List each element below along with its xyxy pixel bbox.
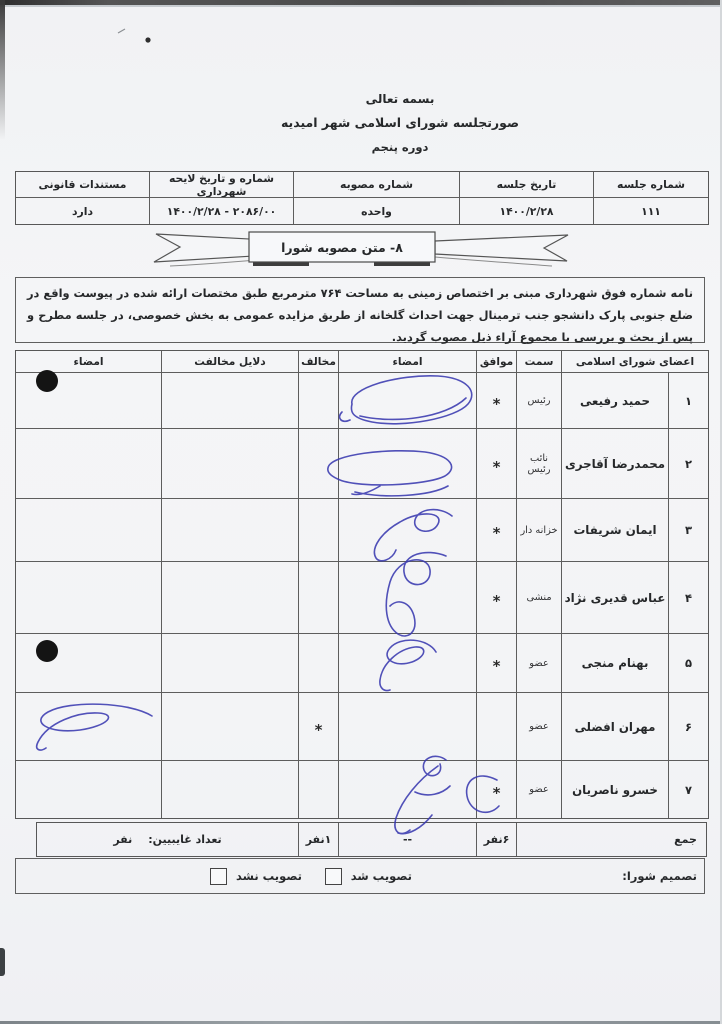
col-header-oppose-reasons: دلایل مخالفت (161, 351, 298, 373)
signature-cell (338, 562, 476, 634)
info-value-session-number: ۱۱۱ (593, 198, 708, 224)
info-value-legal-docs: دارد (16, 198, 149, 224)
row-number: ۷ (668, 761, 708, 818)
col-header-signature-left: امضاء (16, 351, 161, 373)
signature-left-cell (16, 429, 161, 499)
col-header-position: سمت (516, 351, 561, 373)
row-number: ۲ (668, 429, 708, 499)
oppose-reason-cell (161, 693, 298, 761)
scanned-page: بسمه تعالی صورتجلسه شورای اسلامی شهر امی… (0, 0, 722, 1024)
oppose-mark: * (298, 693, 338, 761)
info-label-resolution-number: شماره مصوبه (293, 172, 459, 198)
section-ribbon-banner: ۸- متن مصوبه شورا (150, 231, 572, 277)
agree-count: ۶نفر (476, 823, 516, 856)
signature-left-cell (16, 562, 161, 634)
col-header-members: اعضای شورای اسلامی (561, 351, 708, 373)
absent-label: تعداد غایبیین: (148, 833, 221, 846)
signature-cell (338, 499, 476, 562)
resolution-text: نامه شماره فوق شهرداری مبنی بر اختصاص زم… (16, 278, 704, 349)
col-header-oppose: مخالف (298, 351, 338, 373)
row-number: ۱ (668, 373, 708, 429)
signature-left-cell (16, 634, 161, 693)
approved-label: تصویب شد (351, 869, 412, 883)
session-info-table: شماره جلسه تاریخ جلسه شماره مصوبه شماره … (15, 171, 709, 225)
row-number: ۵ (668, 634, 708, 693)
agree-mark: * (476, 562, 516, 634)
signature-left-cell (16, 693, 161, 761)
council-decision-box: تصمیم شورا: تصویب شد تصویب نشد (15, 858, 705, 894)
member-name: مهران افضلی (561, 693, 668, 761)
scan-edge-notch (0, 948, 5, 976)
section-title: ۸- متن مصوبه شورا (281, 240, 403, 255)
agree-mark: * (476, 761, 516, 818)
info-value-resolution-number: واحده (293, 198, 459, 224)
member-position: عضو (516, 634, 561, 693)
signature-left-cell (16, 761, 161, 818)
not-approved-label: تصویب نشد (236, 869, 302, 883)
col-header-agree: موافق (476, 351, 516, 373)
info-label-session-number: شماره جلسه (593, 172, 708, 198)
info-label-legal-docs: مستندات قانونی (16, 172, 149, 198)
totals-row: جمع ۶نفر -- ۱نفر تعداد غایبیین: نفر (36, 822, 707, 857)
row-number: ۶ (668, 693, 708, 761)
info-label-session-date: تاریخ جلسه (459, 172, 593, 198)
absent-unit: نفر (113, 833, 132, 846)
agree-mark: * (476, 499, 516, 562)
member-name: ایمان شریفات (561, 499, 668, 562)
signature-cell (338, 761, 476, 818)
approved-checkbox (325, 868, 342, 885)
scan-edge-top-shadow (0, 5, 722, 7)
signature-cell (338, 373, 476, 429)
agree-mark: * (476, 429, 516, 499)
oppose-reason-cell (161, 562, 298, 634)
oppose-reason-cell (161, 761, 298, 818)
member-position: نائب رئیس (516, 429, 561, 499)
oppose-count: ۱نفر (298, 823, 338, 856)
row-number: ۳ (668, 499, 708, 562)
ink-speck (118, 29, 125, 33)
agree-mark (476, 693, 516, 761)
member-position: خزانه دار (516, 499, 561, 562)
ink-speck (145, 37, 150, 42)
member-position: رئیس (516, 373, 561, 429)
member-name: حمید رفیعی (561, 373, 668, 429)
council-term: دوره پنجم (300, 140, 500, 154)
approved-option: تصویب شد (325, 859, 412, 893)
info-label-bill-number-date: شماره و تاریخ لایحه شهرداری (149, 172, 293, 198)
oppose-reason-cell (161, 634, 298, 693)
ribbon-right-tail (435, 235, 568, 261)
signature-cell (338, 634, 476, 693)
oppose-reason-cell (161, 429, 298, 499)
member-name: عباس قدیری نژاد (561, 562, 668, 634)
info-value-session-date: ۱۴۰۰/۲/۲۸ (459, 198, 593, 224)
oppose-mark (298, 562, 338, 634)
oppose-mark (298, 373, 338, 429)
signature-left-cell (16, 373, 161, 429)
oppose-reason-cell (161, 373, 298, 429)
member-name: محمدرضا آقاجری (561, 429, 668, 499)
not-approved-option: تصویب نشد (210, 859, 302, 893)
row-number: ۴ (668, 562, 708, 634)
absent-count-cell: تعداد غایبیین: نفر (37, 823, 298, 856)
agree-mark: * (476, 373, 516, 429)
oppose-reason-cell (161, 499, 298, 562)
oppose-mark (298, 499, 338, 562)
decision-label: تصمیم شورا: (622, 859, 697, 893)
signature-cell (338, 693, 476, 761)
oppose-mark (298, 429, 338, 499)
agree-mark: * (476, 634, 516, 693)
signature-dash: -- (338, 823, 476, 856)
bismillah-text: بسمه تعالی (300, 92, 500, 106)
oppose-mark (298, 761, 338, 818)
page-title: صورتجلسه شورای اسلامی شهر امیدیه (191, 115, 609, 130)
scan-edge-left (0, 0, 5, 140)
member-name: خسرو ناصریان (561, 761, 668, 818)
members-vote-table: اعضای شورای اسلامی سمت موافق امضاء مخالف… (15, 350, 709, 819)
signature-cell (338, 429, 476, 499)
col-header-signature: امضاء (338, 351, 476, 373)
not-approved-checkbox (210, 868, 227, 885)
resolution-text-box: نامه شماره فوق شهرداری مبنی بر اختصاص زم… (15, 277, 705, 343)
member-name: بهنام منجی (561, 634, 668, 693)
member-position: عضو (516, 693, 561, 761)
info-value-bill-number-date: ۲۰۸۶/۰۰ - ۱۴۰۰/۲/۲۸ (149, 198, 293, 224)
member-position: عضو (516, 761, 561, 818)
oppose-mark (298, 634, 338, 693)
member-position: منشی (516, 562, 561, 634)
signature-left-cell (16, 499, 161, 562)
totals-label: جمع (516, 823, 706, 856)
